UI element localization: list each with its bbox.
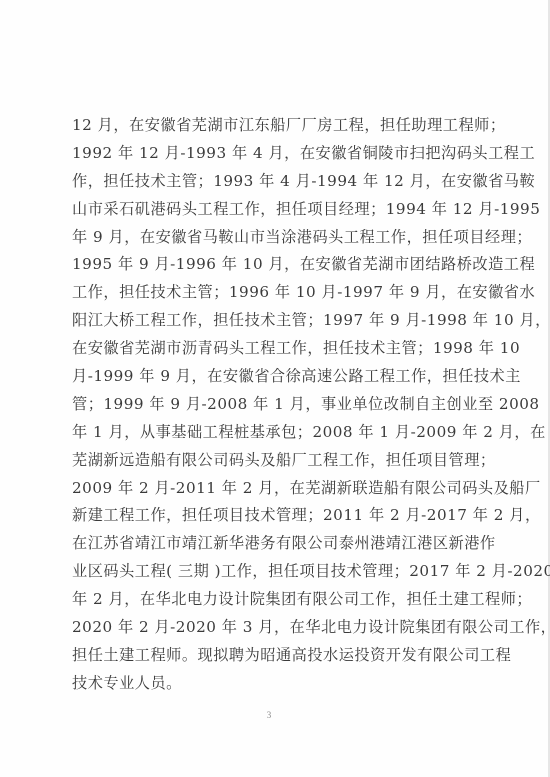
text-line: 2009 年 2 月-2011 年 2 月，在芜湖新联造船有限公司码头及船厂 [72, 475, 476, 503]
text-line: 管；1999 年 9 月-2008 年 1 月，事业单位改制自主创业至 2008 [72, 391, 476, 419]
text-line: 在江苏省靖江市靖江新华港务有限公司泰州港靖江港区新港作 [72, 530, 476, 558]
text-line: 12 月，在安徽省芜湖市江东船厂厂房工程，担任助理工程师； [72, 112, 476, 140]
text-line: 作，担任技术主管；1993 年 4 月-1994 年 12 月，在安徽省马鞍 [72, 168, 476, 196]
text-line: 1995 年 9 月-1996 年 10 月，在安徽省芜湖市团结路桥改造工程 [72, 251, 476, 279]
text-line: 月-1999 年 9 月，在安徽省合徐高速公路工程工作，担任技术主 [72, 363, 476, 391]
text-line: 山市采石矶港码头工程工作，担任项目经理；1994 年 12 月-1995 [72, 196, 476, 224]
text-line: 1992 年 12 月-1993 年 4 月，在安徽省铜陵市扫把沟码头工程工 [72, 140, 476, 168]
text-line: 年 2 月，在华北电力设计院集团有限公司工作，担任土建工程师； [72, 586, 476, 614]
body-paragraph: 12 月，在安徽省芜湖市江东船厂厂房工程，担任助理工程师； 1992 年 12 … [72, 112, 476, 698]
text-line: 技术专业人员。 [72, 670, 476, 698]
text-line: 芜湖新远造船有限公司码头及船厂工程工作，担任项目管理； [72, 447, 476, 475]
text-line: 工作，担任技术主管；1996 年 10 月-1997 年 9 月，在安徽省水 [72, 279, 476, 307]
page-number: 3 [263, 710, 275, 720]
text-line: 年 1 月，从事基础工程桩基承包；2008 年 1 月-2009 年 2 月，在 [72, 419, 476, 447]
text-line: 在安徽省芜湖市沥青码头工程工作，担任技术主管；1998 年 10 [72, 335, 476, 363]
text-line: 阳江大桥工程工作，担任技术主管；1997 年 9 月-1998 年 10 月， [72, 307, 476, 335]
document-page: 12 月，在安徽省芜湖市江东船厂厂房工程，担任助理工程师； 1992 年 12 … [0, 0, 550, 777]
text-line: 担任土建工程师。现拟聘为昭通高投水运投资开发有限公司工程 [72, 642, 476, 670]
text-line: 2020 年 2 月-2020 年 3 月，在华北电力设计院集团有限公司工作， [72, 614, 476, 642]
text-line: 年 9 月，在安徽省马鞍山市当涂港码头工程工作，担任项目经理； [72, 224, 476, 252]
text-line: 新建工程工作，担任项目技术管理；2011 年 2 月-2017 年 2 月， [72, 502, 476, 530]
text-line: 业区码头工程( 三期 )工作，担任项目技术管理；2017 年 2 月-2020 [72, 558, 476, 586]
